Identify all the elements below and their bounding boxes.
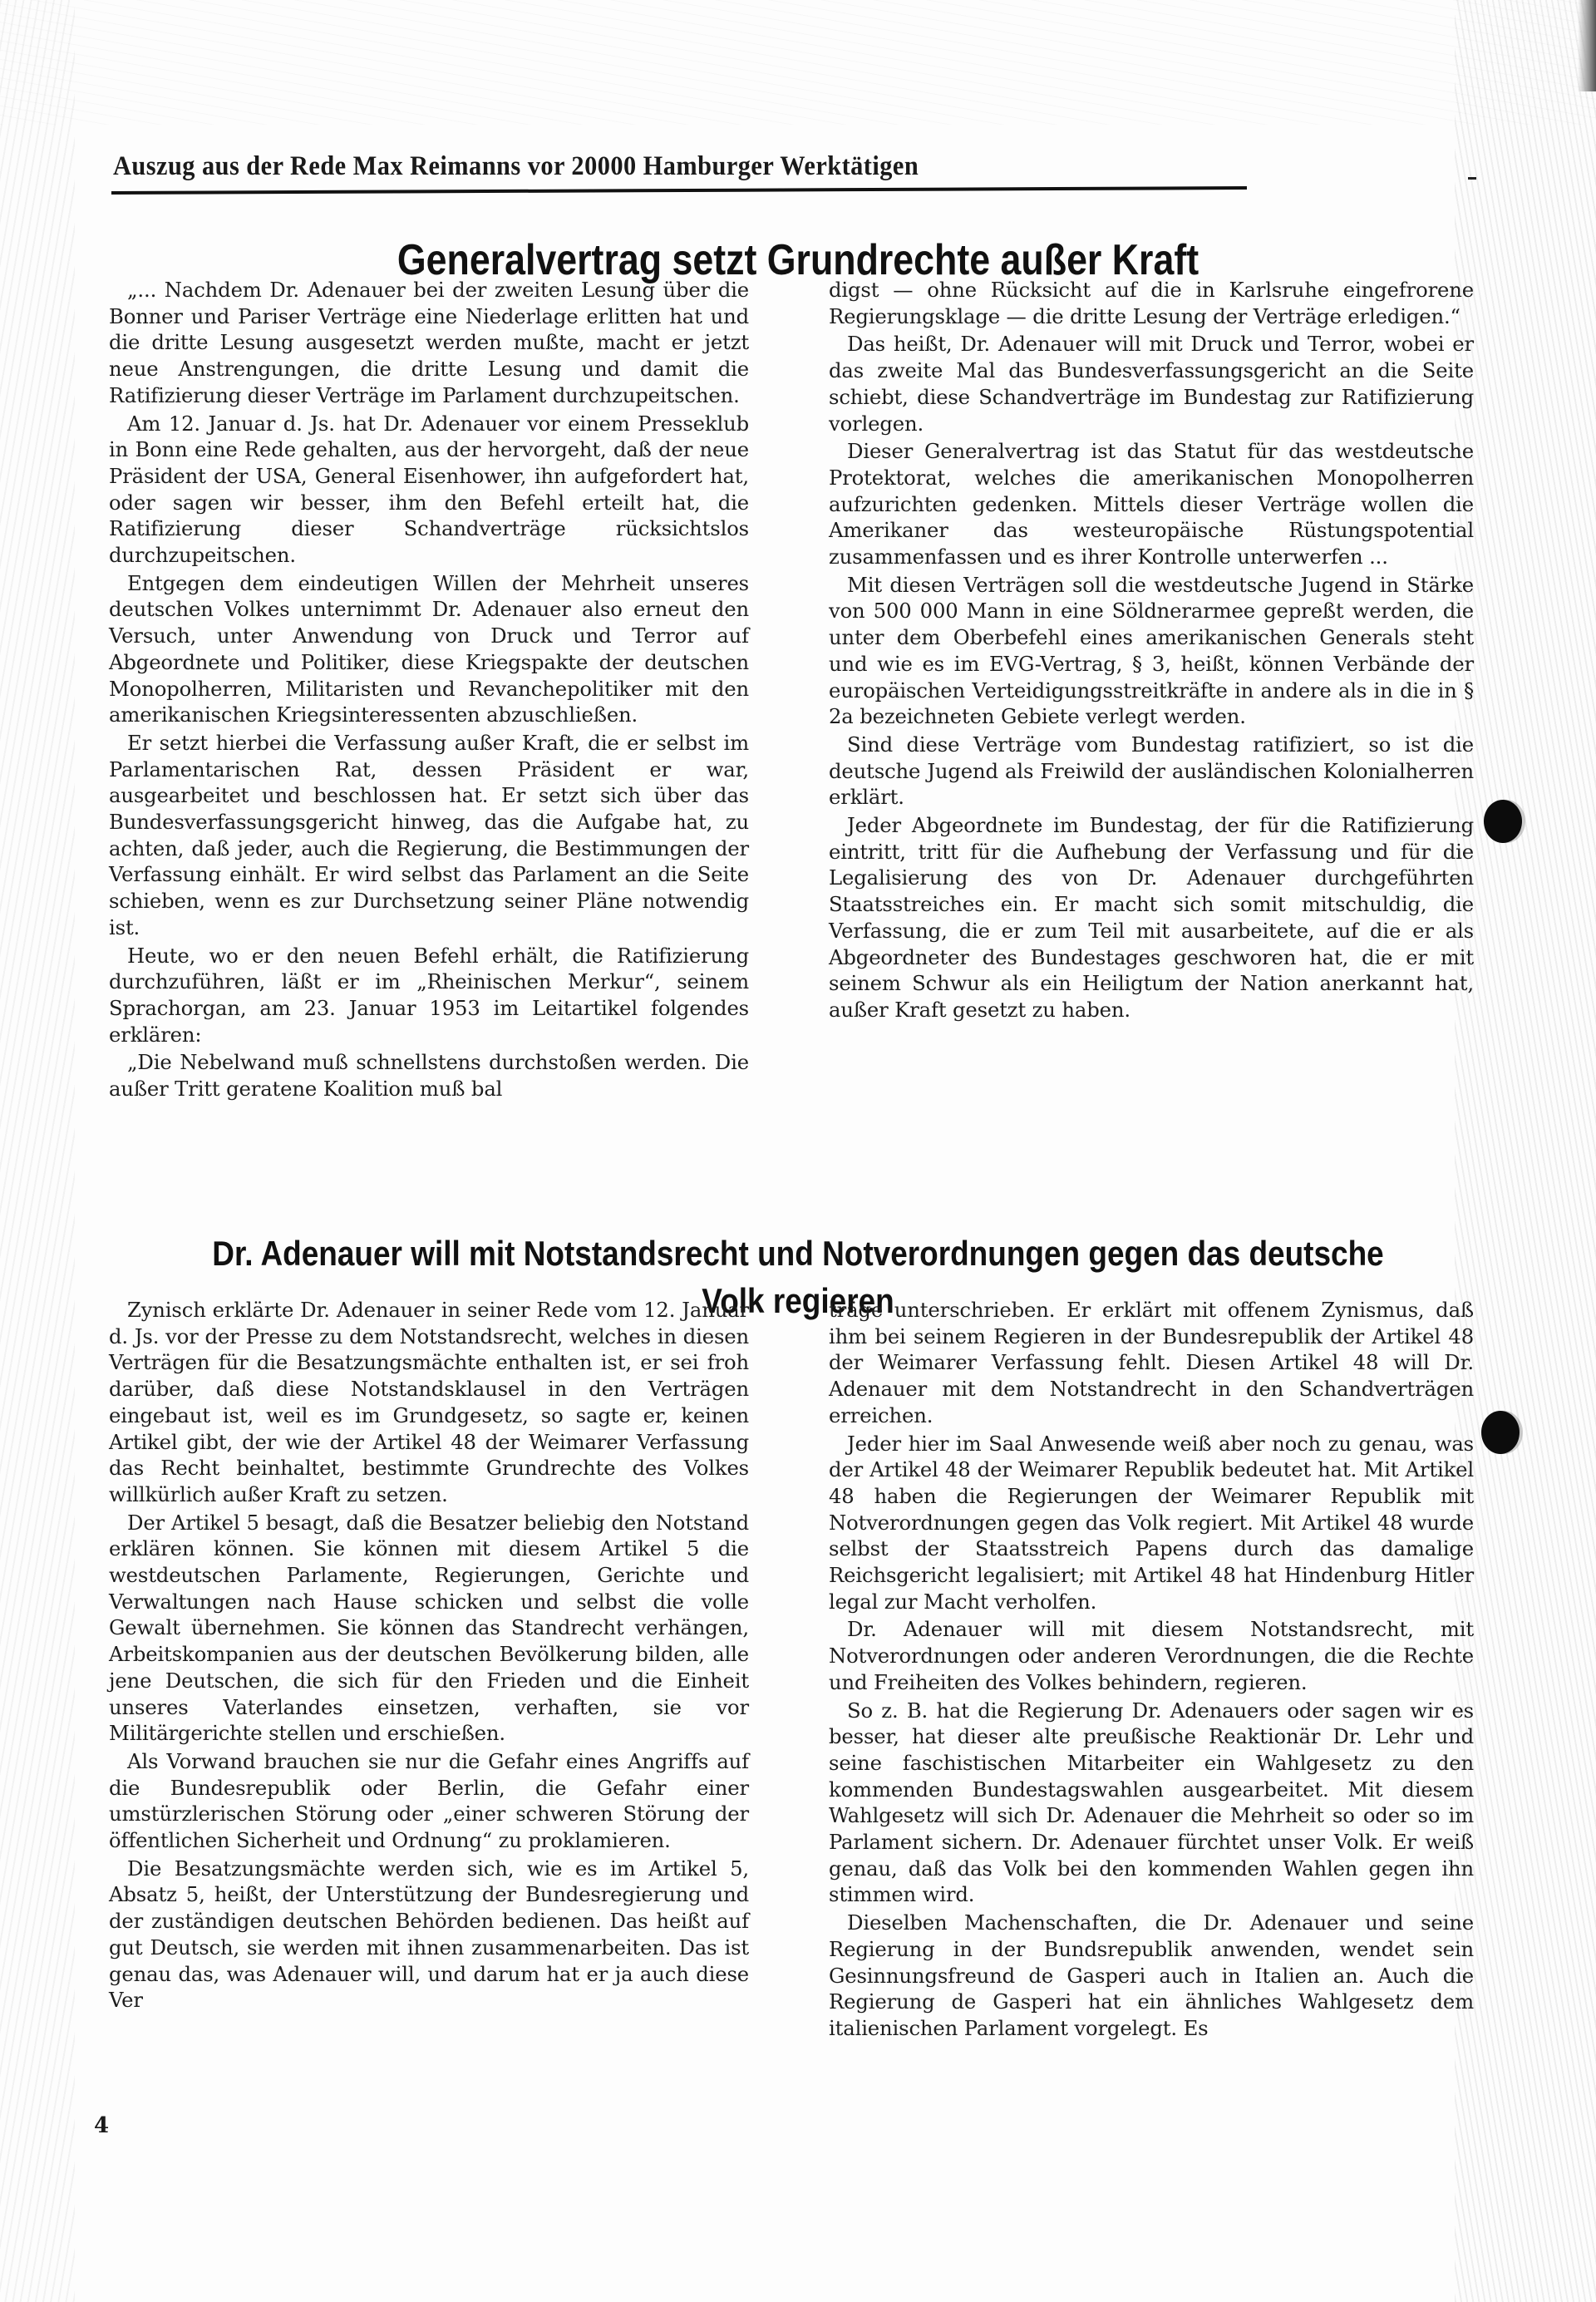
article-2-column-right: träge unterschrieben. Er erklärt mit off… xyxy=(829,1297,1474,2043)
paragraph: So z. B. hat die Regierung Dr. Adenauers… xyxy=(829,1698,1474,1909)
paper-texture-left xyxy=(0,0,75,2302)
paragraph: Er setzt hierbei die Verfassung außer Kr… xyxy=(109,730,749,941)
paragraph: Entgegen dem eindeutigen Willen der Mehr… xyxy=(109,570,749,728)
paragraph: Sind diese Verträge vom Bundestag ratifi… xyxy=(829,732,1474,811)
margin-mark xyxy=(1468,177,1476,180)
paragraph: „Die Nebelwand muß schnellstens durchsto… xyxy=(109,1049,749,1102)
paragraph: „... Nachdem Dr. Adenauer bei der zweite… xyxy=(109,277,749,409)
paragraph: Das heißt, Dr. Adenauer will mit Druck u… xyxy=(829,331,1474,436)
paragraph: Als Vorwand brauchen sie nur die Gefahr … xyxy=(109,1748,749,1854)
paragraph: Der Artikel 5 besagt, daß die Besatzer b… xyxy=(109,1510,749,1747)
paragraph: Jeder Abgeordnete im Bundestag, der für … xyxy=(829,812,1474,1023)
paragraph: Am 12. Januar d. Js. hat Dr. Adenauer vo… xyxy=(109,411,749,569)
kicker-line: Auszug aus der Rede Max Reimanns vor 200… xyxy=(113,151,1035,182)
paragraph: Dieser Generalvertrag ist das Statut für… xyxy=(829,438,1474,570)
paragraph: Jeder hier im Saal Anwesende weiß aber n… xyxy=(829,1431,1474,1615)
page-number: 4 xyxy=(94,2113,109,2138)
paragraph: träge unterschrieben. Er erklärt mit off… xyxy=(829,1297,1474,1429)
paragraph: Dieselben Machenschaften, die Dr. Adenau… xyxy=(829,1910,1474,2042)
paragraph: Mit diesen Verträgen soll die westdeutsc… xyxy=(829,572,1474,730)
punch-hole xyxy=(1484,800,1522,843)
article-2-column-left: Zynisch erklärte Dr. Adenauer in seiner … xyxy=(109,1297,749,2015)
paragraph: digst — ohne Rücksicht auf die in Karlsr… xyxy=(829,277,1474,329)
paragraph: Dr. Adenauer will mit diesem Notstandsre… xyxy=(829,1616,1474,1695)
punch-hole xyxy=(1481,1411,1520,1454)
scan-corner-shadow xyxy=(1578,0,1596,91)
kicker-underline xyxy=(111,186,1247,195)
paragraph: Die Besatzungsmächte werden sich, wie es… xyxy=(109,1856,749,2014)
paragraph: Heute, wo er den neuen Befehl erhält, di… xyxy=(109,943,749,1048)
article-1-column-left: „... Nachdem Dr. Adenauer bei der zweite… xyxy=(109,277,749,1104)
paper-texture-top xyxy=(0,0,1596,125)
paper-texture-right xyxy=(1455,0,1596,2302)
paragraph: Zynisch erklärte Dr. Adenauer in seiner … xyxy=(109,1297,749,1508)
article-1-column-right: digst — ohne Rücksicht auf die in Karlsr… xyxy=(829,277,1474,1025)
